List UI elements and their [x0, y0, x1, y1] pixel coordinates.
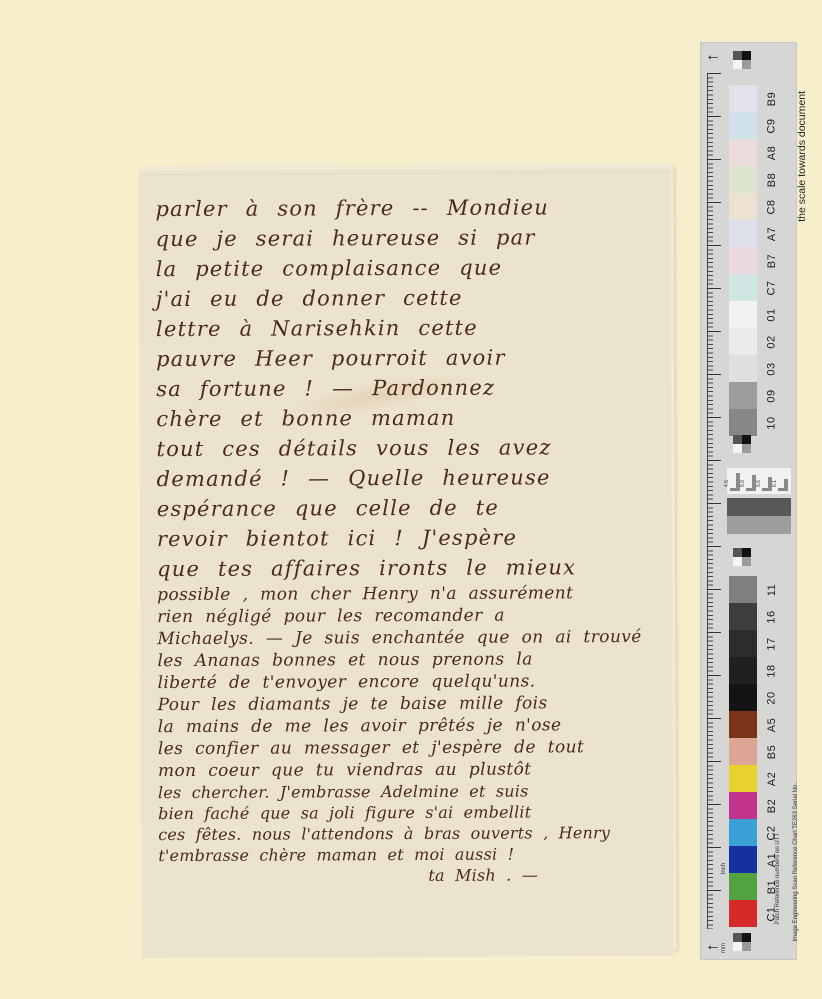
chart-maker-caption: Image Engineering Scan Reference Chart T… — [785, 783, 797, 958]
letter-line: les chercher. J'embrasse Adelmine et sui… — [158, 780, 656, 803]
color-patch-c9 — [729, 112, 757, 139]
patch-label: C8 — [759, 193, 785, 220]
patch-reference-caption: Patch Reference numbers on UTT — [767, 833, 779, 943]
color-patch-c1 — [729, 900, 757, 927]
gray-quad-marker — [733, 51, 751, 69]
patch-label: 20 — [759, 684, 785, 711]
gray-quad-marker — [733, 435, 751, 453]
letter-line: les Ananas bonnes et nous prenons la — [157, 648, 655, 672]
letter-line: la petite complaisance que — [156, 252, 654, 284]
color-patch-03 — [729, 355, 757, 382]
color-patch-a1 — [729, 846, 757, 873]
letter-line: j'ai eu de donner cette — [156, 282, 654, 314]
color-patch-20 — [729, 684, 757, 711]
color-patch-b8 — [729, 166, 757, 193]
patch-label: B5 — [759, 738, 785, 765]
color-patch-16 — [729, 603, 757, 630]
arrow-left-icon: ← — [705, 49, 725, 63]
letter-line: lettre à Narisehkin cette — [156, 312, 654, 344]
letter-line: Pour les diamants je te baise mille fois — [158, 692, 656, 716]
letter-line: t'embrasse chère maman et moi aussi ! — [158, 843, 656, 866]
color-patch-10 — [729, 409, 757, 436]
patch-label: C9 — [759, 112, 785, 139]
patch-label: A2 — [759, 765, 785, 792]
color-patch-02 — [729, 328, 757, 355]
color-patch-18 — [729, 657, 757, 684]
patch-label: A8 — [759, 139, 785, 166]
patch-label: 16 — [759, 603, 785, 630]
inch-unit-label: Inch — [713, 863, 725, 883]
letter-line: liberté de t'envoyer encore quelqu'uns. — [157, 670, 655, 694]
color-patch-b7 — [729, 247, 757, 274]
letter-sheet: parler à son frère -- Mondieu que je ser… — [141, 164, 676, 952]
patch-label: 02 — [759, 328, 785, 355]
arrow-left-icon: ← — [705, 939, 725, 953]
letter-line: que je serai heureuse si par — [156, 222, 654, 254]
color-patch-c8 — [729, 193, 757, 220]
scan-reference-chart: ← the scale towards document B9C9A8B8C8A… — [700, 42, 797, 960]
letter-line: chère et bonne maman — [156, 402, 654, 434]
color-patch-b2 — [729, 792, 757, 819]
patch-label: 10 — [759, 409, 785, 436]
patch-label: 09 — [759, 382, 785, 409]
letter-line: la mains de me les avoir prêtés je n'ose — [158, 714, 656, 738]
patch-label: B2 — [759, 792, 785, 819]
color-patch-c2 — [729, 819, 757, 846]
letter-signature: ta Mish . — — [158, 864, 656, 887]
color-patch-b5 — [729, 738, 757, 765]
letter-line: les confier au messager et j'espère de t… — [158, 736, 656, 760]
color-patch-01 — [729, 301, 757, 328]
letter-line: bien faché que sa joli figure s'ai embel… — [158, 801, 656, 824]
patch-label: C7 — [759, 274, 785, 301]
patch-label: A5 — [759, 711, 785, 738]
patch-label: 11 — [759, 576, 785, 603]
color-patch-b1 — [729, 873, 757, 900]
density-target: 4.5 5.0 5.6 6.1 — [727, 468, 791, 536]
letter-line: sa fortune ! — Pardonnez — [156, 372, 654, 404]
letter-line: pauvre Heer pourroit avoir — [156, 342, 654, 374]
mm-ruler-major-ticks — [707, 73, 721, 929]
gray-quad-marker — [733, 933, 751, 951]
patch-label: B9 — [759, 85, 785, 112]
color-patch-17 — [729, 630, 757, 657]
color-patch-b9 — [729, 85, 757, 112]
letter-line: revoir bientot ici ! J'espère — [157, 522, 655, 554]
letter-line: parler à son frère -- Mondieu — [155, 192, 653, 224]
patch-label: A7 — [759, 220, 785, 247]
color-patch-11 — [729, 576, 757, 603]
gray-quad-marker — [733, 548, 751, 566]
letter-line: ces fêtes. nous l'attendons à bras ouver… — [158, 822, 656, 845]
letter-line: demandé ! — Quelle heureuse — [157, 462, 655, 494]
color-patch-09 — [729, 382, 757, 409]
letter-line: mon coeur que tu viendras au plustôt — [158, 758, 656, 782]
scale-caption: the scale towards document — [784, 91, 798, 251]
sheet-fold-edge — [141, 172, 673, 175]
color-patch-a7 — [729, 220, 757, 247]
patch-label: B7 — [759, 247, 785, 274]
letter-line: que tes affaires ironts le mieux — [157, 552, 655, 584]
letter-line: espérance que celle de te — [157, 492, 655, 524]
patch-label: B8 — [759, 166, 785, 193]
color-patch-a2 — [729, 765, 757, 792]
patch-label: 17 — [759, 630, 785, 657]
letter-line: tout ces détails vous les avez — [156, 432, 654, 464]
letter-line: possible , mon cher Henry n'a assurément — [157, 582, 655, 606]
patch-label: 18 — [759, 657, 785, 684]
color-patch-a8 — [729, 139, 757, 166]
letter-line: rien négligé pour les recomander a — [157, 604, 655, 628]
color-patch-a5 — [729, 711, 757, 738]
letter-body: parler à son frère -- Mondieu que je ser… — [155, 192, 656, 887]
patch-label: 01 — [759, 301, 785, 328]
patch-label: 03 — [759, 355, 785, 382]
color-patch-c7 — [729, 274, 757, 301]
letter-line: Michaelys. — Je suis enchantée que on ai… — [157, 626, 655, 650]
